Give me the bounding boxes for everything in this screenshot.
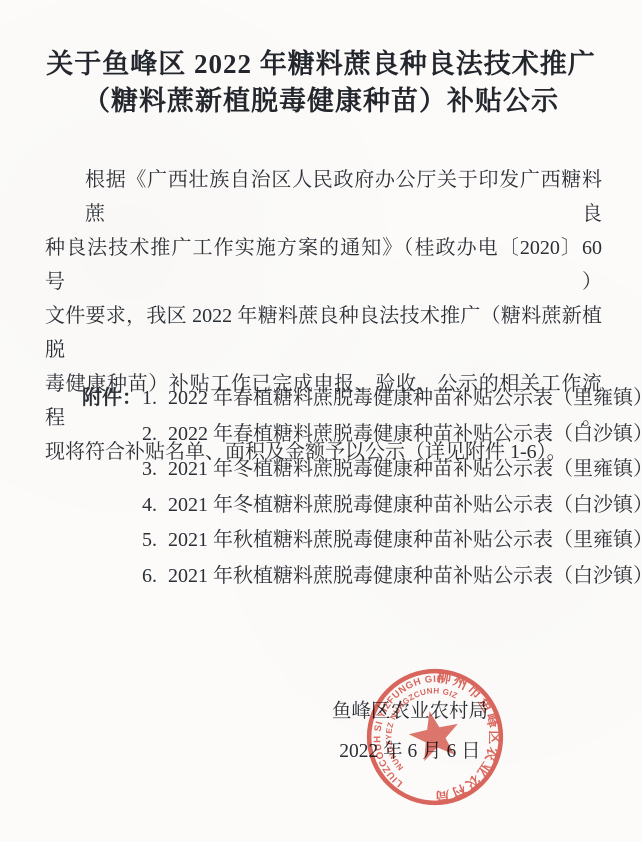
paragraph-line: 种良法技术推广工作实施方案的通知》（桂政办电〔2020〕60 号） [45, 231, 602, 299]
paragraph-line: 文件要求，我区 2022 年糖料蔗良种良法技术推广（糖料蔗新植脱 [45, 299, 602, 367]
title-line-2: （糖料蔗新植脱毒健康种苗）补贴公示 [20, 83, 622, 120]
attachment-text: 2021 年冬植糖料蔗脱毒健康种苗补贴公示表（里雍镇） [168, 452, 642, 488]
attachment-text: 2021 年冬植糖料蔗脱毒健康种苗补贴公示表（白沙镇） [168, 488, 642, 524]
attachment-item: 6. 2021 年秋植糖料蔗脱毒健康种苗补贴公示表（白沙镇） [142, 559, 642, 595]
notice-document-page: 关于鱼峰区 2022 年糖料蔗良种良法技术推广 （糖料蔗新植脱毒健康种苗）补贴公… [0, 0, 642, 842]
seal-chinese-ring-text: 柳州市鱼峰区农业农村局 [433, 669, 503, 805]
attachment-item: 3. 2021 年冬植糖料蔗脱毒健康种苗补贴公示表（里雍镇） [142, 452, 642, 488]
seal-latin-outer-text: LIUZCOUH SI YIZFUNGH GIH [372, 674, 444, 789]
attachment-number: 4. [142, 488, 168, 524]
document-title: 关于鱼峰区 2022 年糖料蔗良种良法技术推广 （糖料蔗新植脱毒健康种苗）补贴公… [20, 46, 622, 120]
official-seal-stamp: LIUZCOUH SI YIZFUNGH GIH 柳州市鱼峰区农业农村局 NUN… [359, 661, 511, 813]
signature-date: 2022 年 6 月 6 日 [335, 742, 485, 762]
attachment-text: 2022 年春植糖料蔗脱毒健康种苗补贴公示表（白沙镇） [168, 417, 642, 453]
seal-graphic: LIUZCOUH SI YIZFUNGH GIH 柳州市鱼峰区农业农村局 NUN… [359, 661, 511, 813]
title-line-1: 关于鱼峰区 2022 年糖料蔗良种良法技术推广 [20, 46, 622, 83]
signature-org: 鱼峰区农业农村局 [325, 702, 495, 722]
seal-border-circle [369, 671, 501, 803]
attachment-item: 5. 2021 年秋植糖料蔗脱毒健康种苗补贴公示表（里雍镇） [142, 523, 642, 559]
attachments-section: 附件： 1. 2022 年春植糖料蔗脱毒健康种苗补贴公示表（里雍镇） 2. 20… [82, 381, 612, 594]
attachment-number: 3. [142, 452, 168, 488]
attachment-item: 1. 2022 年春植糖料蔗脱毒健康种苗补贴公示表（里雍镇） [142, 381, 642, 417]
attachment-number: 6. [142, 559, 168, 595]
attachments-label: 附件： [82, 381, 142, 417]
attachment-number: 2. [142, 417, 168, 453]
attachment-item: 2. 2022 年春植糖料蔗脱毒健康种苗补贴公示表（白沙镇） [142, 417, 642, 453]
attachment-number: 5. [142, 523, 168, 559]
paragraph-line: 根据《广西壮族自治区人民政府办公厅关于印发广西糖料蔗良 [45, 163, 602, 231]
attachment-text: 2021 年秋植糖料蔗脱毒健康种苗补贴公示表（里雍镇） [168, 523, 642, 559]
attachments-list: 1. 2022 年春植糖料蔗脱毒健康种苗补贴公示表（里雍镇） 2. 2022 年… [142, 381, 642, 594]
attachment-number: 1. [142, 381, 168, 417]
attachment-text: 2022 年春植糖料蔗脱毒健康种苗补贴公示表（里雍镇） [168, 381, 642, 417]
attachment-item: 4. 2021 年冬植糖料蔗脱毒健康种苗补贴公示表（白沙镇） [142, 488, 642, 524]
attachment-text: 2021 年秋植糖料蔗脱毒健康种苗补贴公示表（白沙镇） [168, 559, 642, 595]
